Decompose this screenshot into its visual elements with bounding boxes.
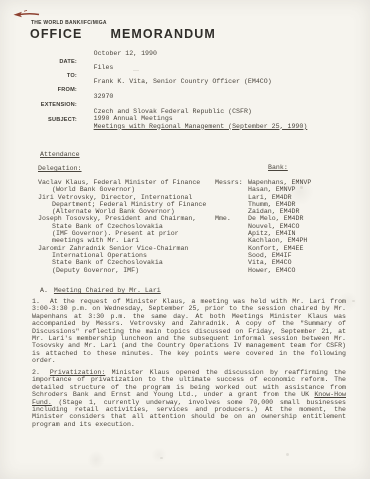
attendance-row: Jiri Vetrovsky, Director, International … (38, 194, 368, 201)
bank-attendee: Zaidan, EM4DR (248, 208, 299, 215)
bank-attendee: Hower, EM4CO (248, 267, 295, 274)
to-value: Files (94, 64, 114, 71)
bank-attendee: Vita, EM4CO (248, 259, 292, 266)
subject-line-3: Meetings with Regional Management (Septe… (94, 123, 308, 130)
delegation-text: Joseph Tosovsky, President and Chairman, (38, 215, 196, 222)
bank-attendee: De Melo, EM4DR (248, 215, 303, 222)
memo-title: OFFICEMEMORANDUM (30, 27, 216, 41)
section-a-number: A. (40, 287, 48, 294)
scan-speck (286, 453, 289, 456)
paragraph-2: 2.Privatization: Minister Klaus opened t… (32, 369, 346, 428)
bank-attendee: Sood, EM4IF (248, 252, 292, 259)
attendance-row: State Bank of Czechoslovakia Nouvel, EM4… (38, 223, 368, 230)
scan-speck (160, 457, 163, 459)
delegation-text: State Bank of Czechoslovakia (52, 223, 163, 230)
bank-attendee: Kachlaon, EM4PH (248, 237, 307, 244)
extension-value: 32970 (94, 93, 114, 100)
delegation-text: (Alternate World Bank Governor) (52, 208, 175, 215)
delegation-text: State Bank of Czechoslovakia (52, 259, 163, 266)
attendance-row: Vaclav Klaus, Federal Minister of Financ… (38, 179, 368, 186)
bank-attendee: Konfort, EM4EE (248, 245, 303, 252)
attendance-rows: Vaclav Klaus, Federal Minister of Financ… (38, 179, 368, 274)
paragraph-1: 1.At the request of Minister Klaus, a me… (32, 298, 346, 365)
attendance-row: Department; Federal Ministry of Finance … (38, 201, 368, 208)
pencil-smudge (133, 70, 139, 71)
subject-label: SUBJECT: (18, 117, 77, 123)
delegation-text: Jiri Vetrovsky, Director, International (38, 194, 192, 201)
delegation-text: Jaromir Zahradnik Senior Vice-Chairman (38, 245, 188, 252)
date-value: October 12, 1990 (94, 50, 157, 57)
delegation-text: International Operations (52, 252, 147, 259)
bank-attendee: Nouvel, EM4CO (248, 223, 299, 230)
attendance-row: State Bank of Czechoslovakia Vita, EM4CO (38, 259, 368, 266)
title-office: OFFICE (30, 27, 82, 41)
paragraph-2-label: Privatization: (50, 369, 105, 376)
bank-attendee: Hasan, EMNVP (248, 186, 295, 193)
bank-header: Bank: (268, 164, 288, 171)
pen-mark-arrow-icon (11, 9, 41, 20)
paragraph-1-number: 1. (32, 298, 50, 305)
delegation-text: Vaclav Klaus, Federal Minister of Financ… (38, 179, 200, 186)
bank-attendee: Lari, EM4DR (248, 194, 292, 201)
attendance-row: meetings with Mr. Lari Kachlaon, EM4PH (38, 237, 368, 244)
delegation-text: (IMF Governor). Present at prior (52, 230, 179, 237)
attendance-row: Joseph Tosovsky, President and Chairman,… (38, 215, 368, 222)
attendance-row: (IMF Governor). Present at prior Apitz, … (38, 230, 368, 237)
subject-row: SUBJECT: Czech and Slovak Federal Republ… (18, 108, 307, 130)
from-value: Frank K. Vita, Senior Country Officer (E… (94, 78, 272, 85)
subject-line-2: 1990 Annual Meetings (94, 115, 308, 122)
section-a-title: Meeting Chaired by Mr. Lari (54, 287, 161, 294)
letterhead: THE WORLD BANK/IFC/MIGA (31, 20, 107, 26)
bank-prefix: Mme. (215, 215, 231, 222)
subject-value: Czech and Slovak Federal Republic (CSFR)… (94, 108, 308, 130)
delegation-text: (World Bank Governor) (52, 186, 135, 193)
section-a-heading: A.Meeting Chaired by Mr. Lari (40, 287, 161, 294)
scan-speck (300, 186, 303, 189)
paragraph-1-text: At the request of Minister Klaus, a meet… (32, 298, 346, 364)
bank-prefix: Messrs: (215, 179, 243, 186)
attendance-row: (World Bank Governor) Hasan, EMNVP (38, 186, 368, 193)
delegation-header: Delegation: (38, 165, 82, 172)
title-memorandum: MEMORANDUM (110, 27, 215, 41)
paragraph-2-number: 2. (32, 369, 50, 376)
paragraph-2-text-2: (Stage 1, currently underway, involves s… (32, 399, 346, 428)
attendance-row: International Operations Sood, EM4IF (38, 252, 368, 259)
attendance-heading: Attendance (40, 151, 80, 158)
delegation-text: (Deputy Governor, IMF) (52, 267, 139, 274)
attendance-row: (Deputy Governor, IMF) Hower, EM4CO (38, 267, 368, 274)
attendance-row: Jaromir Zahradnik Senior Vice-Chairman K… (38, 245, 368, 252)
bank-attendee: Apitz, EM4IN (248, 230, 295, 237)
bank-attendee: Thumm, EM4DR (248, 201, 295, 208)
memo-page: THE WORLD BANK/IFC/MIGA OFFICEMEMORANDUM… (0, 0, 370, 479)
attendance-row: (Alternate World Bank Governor) Zaidan, … (38, 208, 368, 215)
delegation-text: meetings with Mr. Lari (52, 237, 139, 244)
delegation-text: Department; Federal Ministry of Finance (52, 201, 206, 208)
scan-speck (352, 300, 355, 302)
subject-line-1: Czech and Slovak Federal Republic (CSFR) (94, 108, 308, 115)
